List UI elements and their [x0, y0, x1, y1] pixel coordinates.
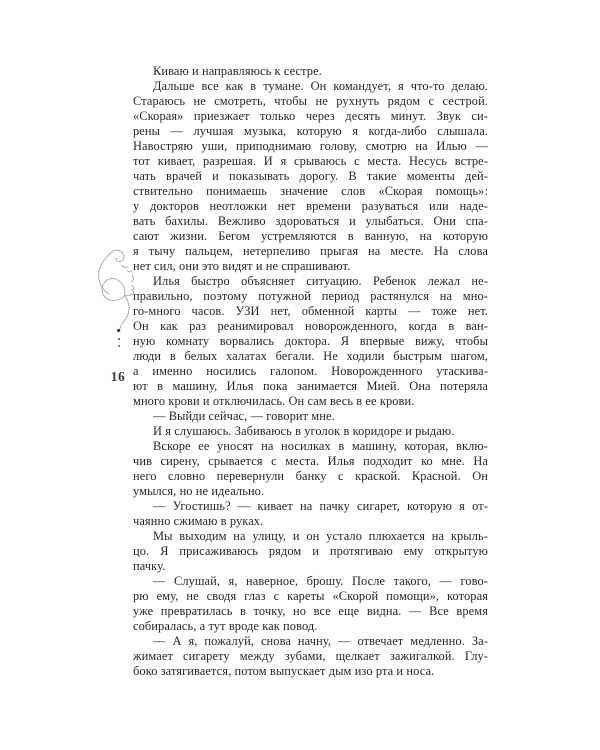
text-line: Илья быстро объясняет ситуацию. Ребенок …	[133, 274, 488, 289]
text-line: Вскоре ее уносят на носилках в машину, к…	[133, 439, 488, 454]
text-line: «Скорая» приезжает только через десять м…	[133, 109, 488, 124]
text-line: — Выйди сейчас, — говорит мне.	[133, 409, 488, 424]
text-line: ствительно понимаешь значение слов «Скор…	[133, 184, 488, 199]
text-line: чив сирену, срывается с места. Илья подх…	[133, 454, 488, 469]
text-line: го-много часов. УЗИ нет, обменной карты …	[133, 304, 488, 319]
page-text: Киваю и направляюсь к сестре.Дальше все …	[133, 64, 488, 679]
margin-dots-decoration	[110, 328, 126, 350]
text-line: умылся, но не идеально.	[133, 484, 488, 499]
dot-icon	[118, 345, 120, 347]
female-profile-line-art-icon	[88, 249, 136, 333]
text-line: — А я, пожалуй, снова начну, — отвечает …	[133, 634, 488, 649]
text-line: рю ему, не сводя глаз с кареты «Скорой п…	[133, 589, 488, 604]
text-line: сают жизни. Бегом устремляются в ванную,…	[133, 229, 488, 244]
text-line: И я слушаюсь. Забиваюсь в уголок в корид…	[133, 424, 488, 439]
text-line: Мы выходим на улицу, и он устало плюхает…	[133, 529, 488, 544]
text-line: правильно, поэтому потужной период растя…	[133, 289, 488, 304]
text-line: жимает сигарету между зубами, щелкает за…	[133, 649, 488, 664]
text-line: Киваю и направляюсь к сестре.	[133, 64, 488, 79]
text-line: чать врачей и показывать дорогу. В такие…	[133, 169, 488, 184]
text-line: пачку.	[133, 559, 488, 574]
text-line: вать бахилы. Вежливо здороваться и улыба…	[133, 214, 488, 229]
page-number: 16	[102, 369, 134, 385]
text-line: я тычу пальцем, нетерпеливо прыгая на ме…	[133, 244, 488, 259]
text-line: собиралась, а тут вроде как повод.	[133, 619, 488, 634]
text-line: нет сил, они это видят и не спрашивают.	[133, 259, 488, 274]
text-line: у докторов неотложки нет времени разуват…	[133, 199, 488, 214]
text-line: ют в машину, Илья пока занимается Мией. …	[133, 379, 488, 394]
text-line: — Угостишь? — кивает на пачку сигарет, к…	[133, 499, 488, 514]
text-line: ную комнату ворвались доктора. Я впервые…	[133, 334, 488, 349]
text-line: цо. Я присаживаюсь рядом и протягиваю ем…	[133, 544, 488, 559]
text-line: него словно перевернули банку с краской.…	[133, 469, 488, 484]
text-line: боко затягивается, потом выпускает дым и…	[133, 664, 488, 679]
text-line: — Слушай, я, наверное, брошу. После тако…	[133, 574, 488, 589]
text-line: Дальше все как в тумане. Он командует, я…	[133, 79, 488, 94]
dot-icon	[118, 338, 120, 340]
text-line: Стараюсь не смотреть, чтобы не рухнуть р…	[133, 94, 488, 109]
text-line: Он как раз реанимировал новорожденного, …	[133, 319, 488, 334]
text-line: люди в белых халатах бегали. Не ходили б…	[133, 349, 488, 364]
text-line: уже превратилась в точку, но все еще вид…	[133, 604, 488, 619]
dot-icon	[117, 329, 120, 332]
text-line: тот кивает, разрешая. И я срываюсь с мес…	[133, 154, 488, 169]
text-line: много крови и отключилась. Он сам весь в…	[133, 394, 488, 409]
text-line: чаянно сжимаю в руках.	[133, 514, 488, 529]
book-page: 16 Киваю и направляюсь к сестре.Дальше в…	[0, 0, 600, 750]
text-line: а именно носились галопом. Новорожденног…	[133, 364, 488, 379]
text-line: Навостряю уши, приподнимаю голову, смотр…	[133, 139, 488, 154]
text-line: рены — лучшая музыка, которую я когда-ли…	[133, 124, 488, 139]
